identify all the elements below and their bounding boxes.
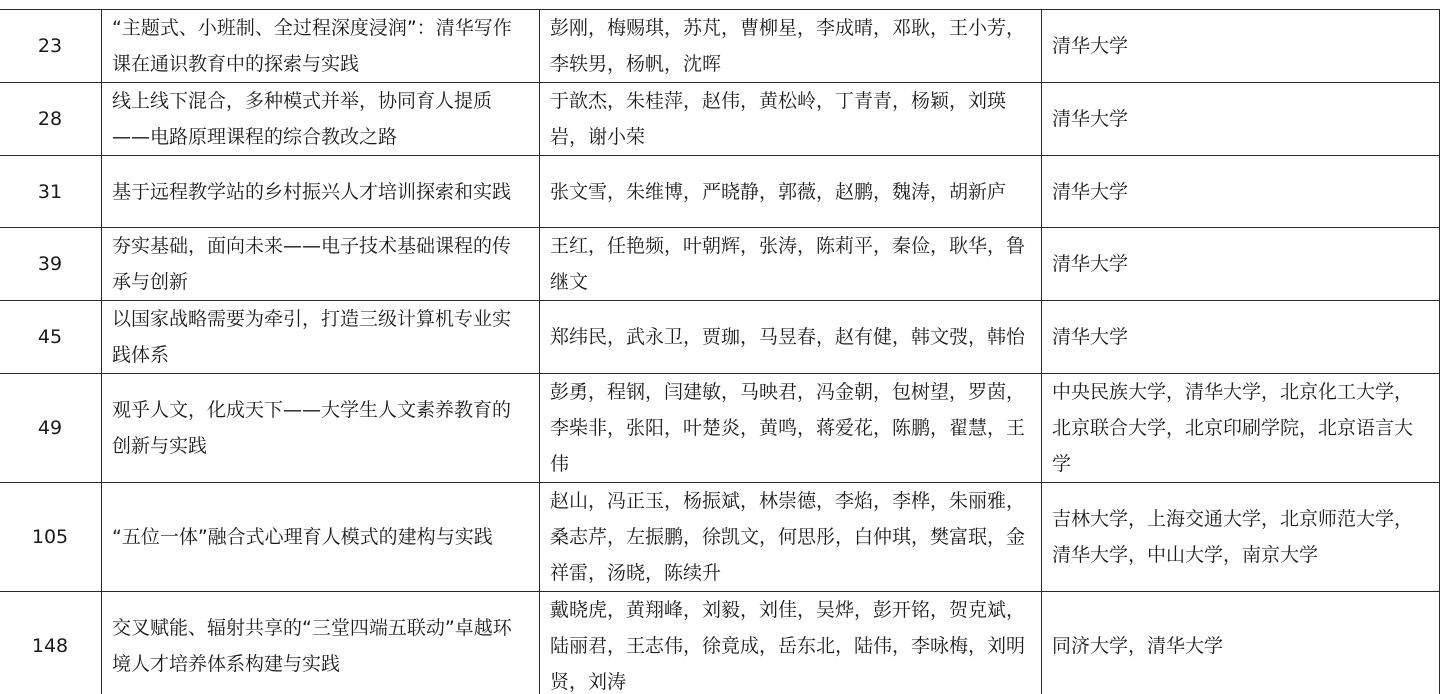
- project-members: 赵山，冯正玉，杨振斌，林崇德，李焰，李桦，朱丽雅，桑志芹，左振鹏，徐凯文，何思彤…: [540, 483, 1042, 592]
- project-title: “主题式、小班制、全过程深度浸润”：清华写作课在通识教育中的探索与实践: [102, 10, 540, 83]
- project-members: 郑纬民，武永卫，贾珈，马昱春，赵有健，韩文弢，韩怡: [540, 301, 1042, 374]
- table-row: 28 线上线下混合，多种模式并举，协同育人提质——电路原理课程的综合教改之路 于…: [0, 83, 1440, 156]
- project-title: 观乎人文，化成天下——大学生人文素养教育的创新与实践: [102, 374, 540, 483]
- project-title: “五位一体”融合式心理育人模式的建构与实践: [102, 483, 540, 592]
- project-number: 148: [0, 592, 102, 694]
- project-members: 戴晓虎，黄翔峰，刘毅，刘佳，吴烨，彭开铭，贺克斌，陆丽君，王志伟，徐竟成，岳东北…: [540, 592, 1042, 694]
- table-row: 148 交叉赋能、辐射共享的“三堂四端五联动”卓越环境人才培养体系构建与实践 戴…: [0, 592, 1440, 694]
- project-title: 线上线下混合，多种模式并举，协同育人提质——电路原理课程的综合教改之路: [102, 83, 540, 156]
- award-table: 23 “主题式、小班制、全过程深度浸润”：清华写作课在通识教育中的探索与实践 彭…: [0, 9, 1440, 694]
- project-institution: 同济大学，清华大学: [1042, 592, 1440, 694]
- table-row: 45 以国家战略需要为牵引，打造三级计算机专业实践体系 郑纬民，武永卫，贾珈，马…: [0, 301, 1440, 374]
- project-members: 王红，任艳频，叶朝辉，张涛，陈莉平，秦俭，耿华，鲁继文: [540, 228, 1042, 301]
- project-number: 105: [0, 483, 102, 592]
- project-members: 彭勇，程钢，闫建敏，马映君，冯金朝，包树望，罗茵，李柴非，张阳，叶楚炎，黄鸣，蒋…: [540, 374, 1042, 483]
- project-institution: 清华大学: [1042, 156, 1440, 228]
- table-row: 39 夯实基础，面向未来——电子技术基础课程的传承与创新 王红，任艳频，叶朝辉，…: [0, 228, 1440, 301]
- project-title: 基于远程教学站的乡村振兴人才培训探索和实践: [102, 156, 540, 228]
- project-title: 交叉赋能、辐射共享的“三堂四端五联动”卓越环境人才培养体系构建与实践: [102, 592, 540, 694]
- project-title: 夯实基础，面向未来——电子技术基础课程的传承与创新: [102, 228, 540, 301]
- project-institution: 中央民族大学，清华大学，北京化工大学，北京联合大学，北京印刷学院，北京语言大学: [1042, 374, 1440, 483]
- project-institution: 清华大学: [1042, 10, 1440, 83]
- project-institution: 清华大学: [1042, 228, 1440, 301]
- table-row: 31 基于远程教学站的乡村振兴人才培训探索和实践 张文雪，朱维博，严晓静，郭薇，…: [0, 156, 1440, 228]
- project-institution: 清华大学: [1042, 83, 1440, 156]
- project-number: 45: [0, 301, 102, 374]
- project-institution: 清华大学: [1042, 301, 1440, 374]
- project-members: 彭刚，梅赐琪，苏芃，曹柳星，李成晴，邓耿，王小芳，李轶男，杨帆，沈晖: [540, 10, 1042, 83]
- table-row: 105 “五位一体”融合式心理育人模式的建构与实践 赵山，冯正玉，杨振斌，林崇德…: [0, 483, 1440, 592]
- table-row: 49 观乎人文，化成天下——大学生人文素养教育的创新与实践 彭勇，程钢，闫建敏，…: [0, 374, 1440, 483]
- table-body: 23 “主题式、小班制、全过程深度浸润”：清华写作课在通识教育中的探索与实践 彭…: [0, 10, 1440, 694]
- project-title: 以国家战略需要为牵引，打造三级计算机专业实践体系: [102, 301, 540, 374]
- project-number: 23: [0, 10, 102, 83]
- project-members: 张文雪，朱维博，严晓静，郭薇，赵鹏，魏涛，胡新庐: [540, 156, 1042, 228]
- project-number: 28: [0, 83, 102, 156]
- project-institution: 吉林大学，上海交通大学，北京师范大学，清华大学，中山大学，南京大学: [1042, 483, 1440, 592]
- project-number: 31: [0, 156, 102, 228]
- project-number: 39: [0, 228, 102, 301]
- table-row: 23 “主题式、小班制、全过程深度浸润”：清华写作课在通识教育中的探索与实践 彭…: [0, 10, 1440, 83]
- project-members: 于歆杰，朱桂萍，赵伟，黄松岭，丁青青，杨颖，刘瑛岩，谢小荣: [540, 83, 1042, 156]
- project-number: 49: [0, 374, 102, 483]
